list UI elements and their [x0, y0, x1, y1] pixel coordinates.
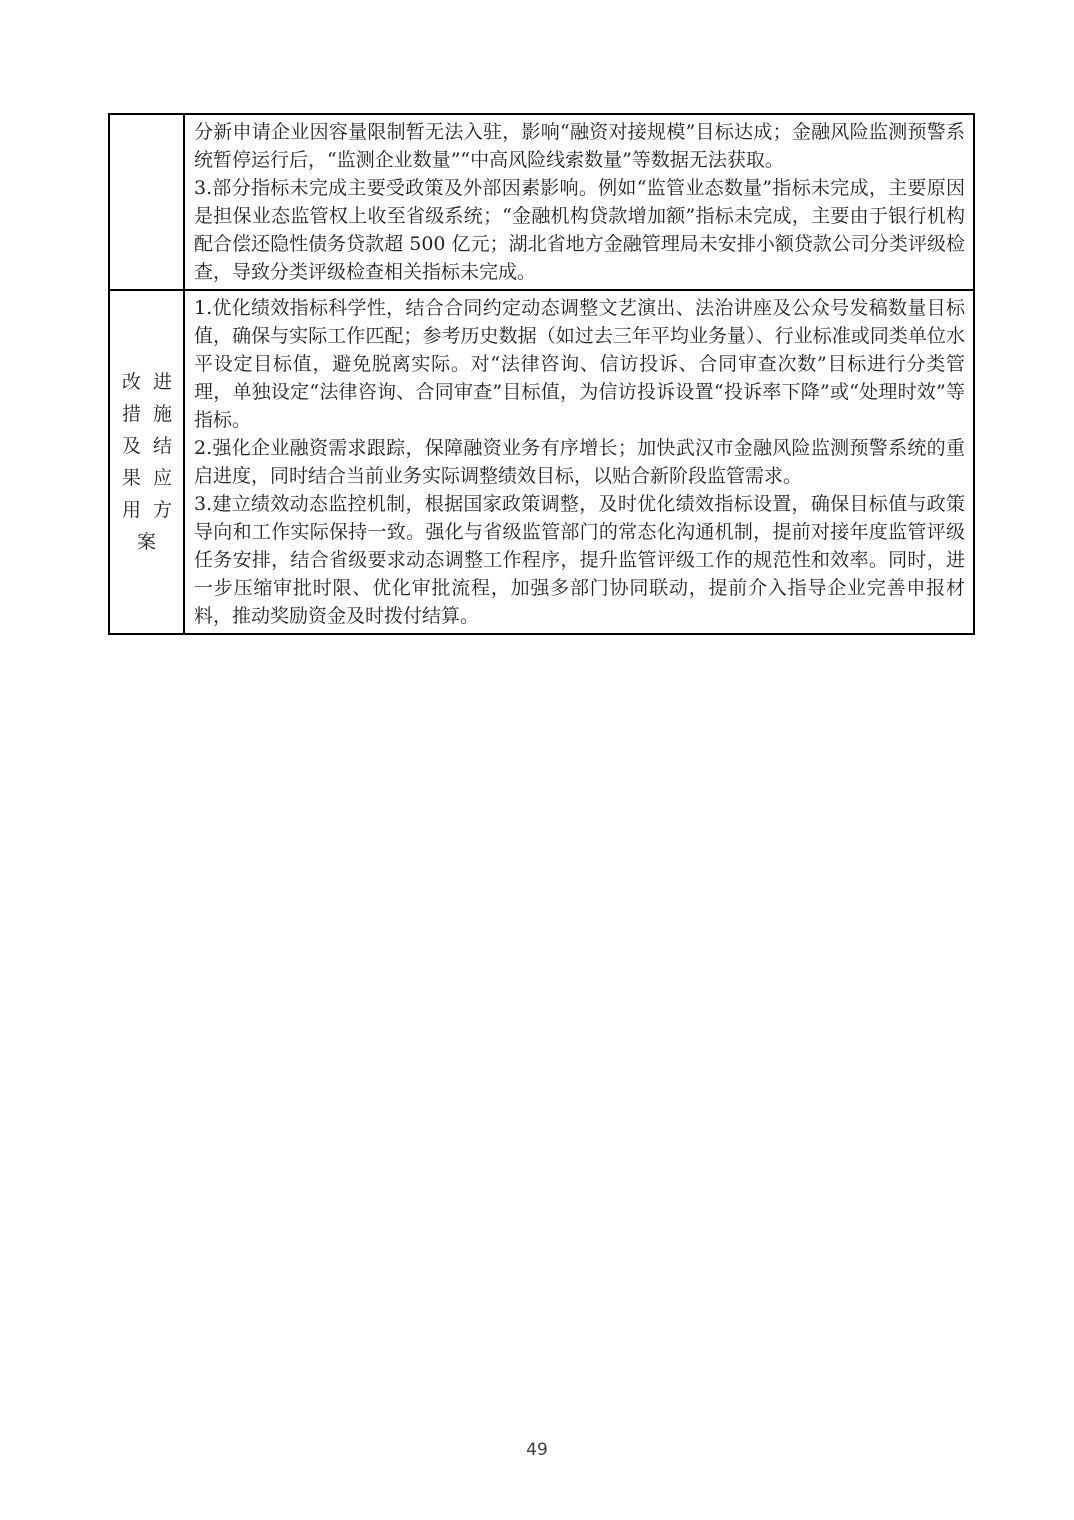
paragraph: 1.优化绩效指标科学性，结合合同约定动态调整文艺演出、法治讲座及公众号发稿数量目… — [194, 294, 965, 434]
document-page: 分新申请企业因容量限制暂无法入驻，影响“融资对接规模”目标达成；金融风险监测预警… — [0, 0, 1074, 1520]
table-row-indicator-analysis-continued: 分新申请企业因容量限制暂无法入驻，影响“融资对接规模”目标达成；金融风险监测预警… — [109, 114, 974, 290]
paragraph: 2.强化企业融资需求跟踪，保障融资业务有序增长；加快武汉市金融风险监测预警系统的… — [194, 434, 965, 490]
paragraph: 分新申请企业因容量限制暂无法入驻，影响“融资对接规模”目标达成；金融风险监测预警… — [194, 118, 965, 174]
row-label-line: 措施 — [110, 398, 183, 430]
table-row-improvement-measures: 改进措施及结果应用方案 1.优化绩效指标科学性，结合合同约定动态调整文艺演出、法… — [109, 290, 974, 634]
row-label-line: 及结 — [110, 430, 183, 462]
indicator-analysis-content: 分新申请企业因容量限制暂无法入驻，影响“融资对接规模”目标达成；金融风险监测预警… — [184, 114, 974, 290]
paragraph: 3.建立绩效动态监控机制，根据国家政策调整，及时优化绩效指标设置，确保目标值与政… — [194, 490, 965, 630]
improvement-measures-content: 1.优化绩效指标科学性，结合合同约定动态调整文艺演出、法治讲座及公众号发稿数量目… — [184, 290, 974, 634]
paragraph: 3.部分指标未完成主要受政策及外部因素影响。例如“监管业态数量”指标未完成，主要… — [194, 174, 965, 286]
performance-report-table: 分新申请企业因容量限制暂无法入驻，影响“融资对接规模”目标达成；金融风险监测预警… — [108, 113, 975, 635]
row-label-improvement-measures: 改进措施及结果应用方案 — [109, 290, 184, 634]
row-label-line: 用方 — [110, 494, 183, 526]
page-number: 49 — [0, 1440, 1074, 1460]
row-label-line: 改进 — [110, 366, 183, 398]
row-label-cell-empty — [109, 114, 184, 290]
row-label-line: 案 — [110, 526, 183, 558]
row-label-vertical-text: 改进措施及结果应用方案 — [110, 366, 183, 558]
row-label-line: 果应 — [110, 462, 183, 494]
